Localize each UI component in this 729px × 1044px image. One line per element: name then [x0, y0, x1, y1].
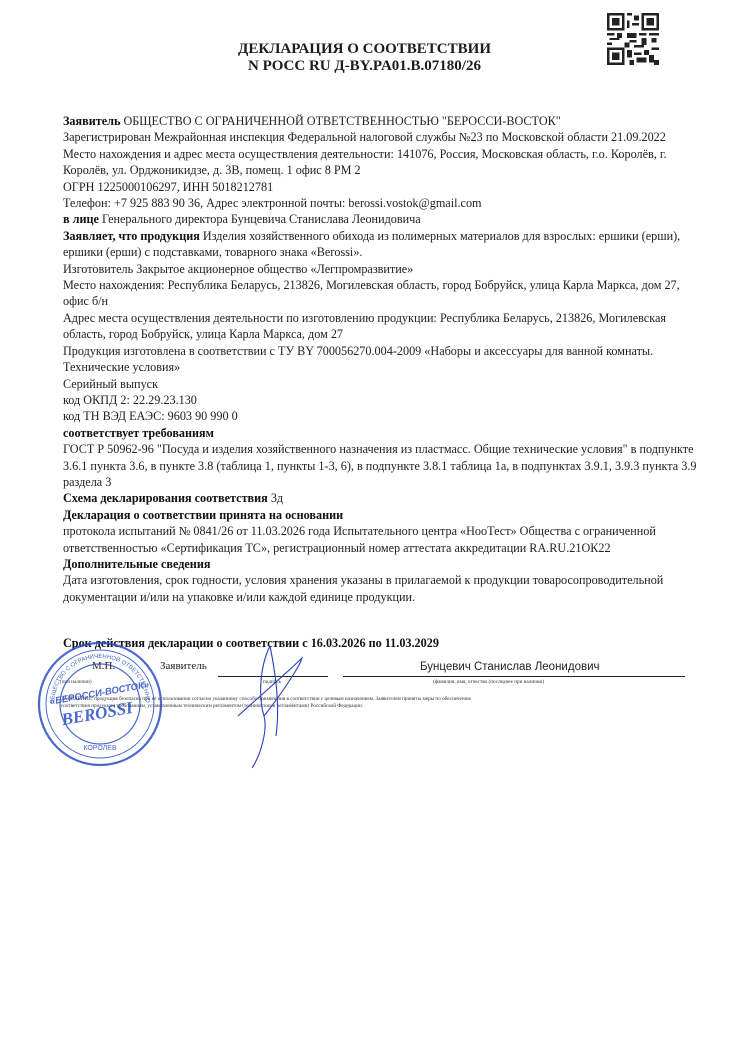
requirements-text: ГОСТ Р 50962-96 "Посуда и изделия хозяйс…: [63, 441, 703, 490]
applicant-contacts: Телефон: +7 925 883 90 36, Адрес электро…: [63, 195, 703, 211]
product-standard: Продукция изготовлена в соответствии с Т…: [63, 343, 703, 376]
name-caption: (фамилия, имя, отчество (последнее при н…: [433, 679, 544, 685]
production-address: Адрес места осуществления деятельности п…: [63, 310, 703, 343]
handwritten-signature: [230, 636, 310, 776]
scheme-value: 3д: [271, 491, 283, 505]
additional-label: Дополнительные сведения: [63, 557, 210, 571]
applicant-sign-label: Заявитель: [160, 660, 207, 672]
basis-text: протокола испытаний № 0841/26 от 11.03.2…: [63, 523, 703, 556]
product-line: Заявляет, что продукция Изделия хозяйств…: [63, 228, 703, 261]
okpd-code: код ОКПД 2: 22.29.23.130: [63, 392, 703, 408]
scheme-line: Схема декларирования соответствия 3д: [63, 490, 703, 506]
qr-code-icon: [607, 13, 659, 65]
release-type: Серийный выпуск: [63, 376, 703, 392]
applicant-registration: Зарегистрирован Межрайонная инспекция Фе…: [63, 129, 703, 145]
product-label: Заявляет, что продукция: [63, 229, 200, 243]
stamp-city: КОРОЛЕВ: [83, 745, 117, 752]
declaration-body: Заявитель ОБЩЕСТВО С ОГРАНИЧЕННОЙ ОТВЕТС…: [63, 113, 703, 605]
additional-text: Дата изготовления, срок годности, услови…: [63, 572, 703, 605]
tnved-code: код ТН ВЭД ЕАЭС: 9603 90 990 0: [63, 408, 703, 424]
basis-label: Декларация о соответствии принята на осн…: [63, 508, 343, 522]
name-line: [343, 676, 685, 677]
applicant-name: ОБЩЕСТВО С ОГРАНИЧЕННОЙ ОТВЕТСТВЕННОСТЬЮ…: [123, 114, 560, 128]
applicant-address: Место нахождения и адрес места осуществл…: [63, 146, 703, 179]
represented-line: в лице Генерального директора Бунцевича …: [63, 211, 703, 227]
requirements-label: соответствует требованиям: [63, 426, 214, 440]
represented-person: Генерального директора Бунцевича Станисл…: [102, 212, 421, 226]
applicant-label: Заявитель: [63, 114, 120, 128]
manufacturer: Изготовитель Закрытое акционерное общест…: [63, 261, 703, 277]
represented-label: в лице: [63, 212, 99, 226]
signer-name: Бунцевич Станислав Леонидович: [420, 661, 600, 673]
applicant-line: Заявитель ОБЩЕСТВО С ОГРАНИЧЕННОЙ ОТВЕТС…: [63, 113, 703, 129]
manufacturer-address: Место нахождения: Республика Беларусь, 2…: [63, 277, 703, 310]
applicant-ogrn: ОГРН 1225000106297, ИНН 5018212781: [63, 179, 703, 195]
scheme-label: Схема декларирования соответствия: [63, 491, 268, 505]
company-seal-stamp: ОБЩЕСТВО С ОГРАНИЧЕННОЙ ОТВЕТСТВЕННОСТЬЮ…: [36, 640, 164, 768]
